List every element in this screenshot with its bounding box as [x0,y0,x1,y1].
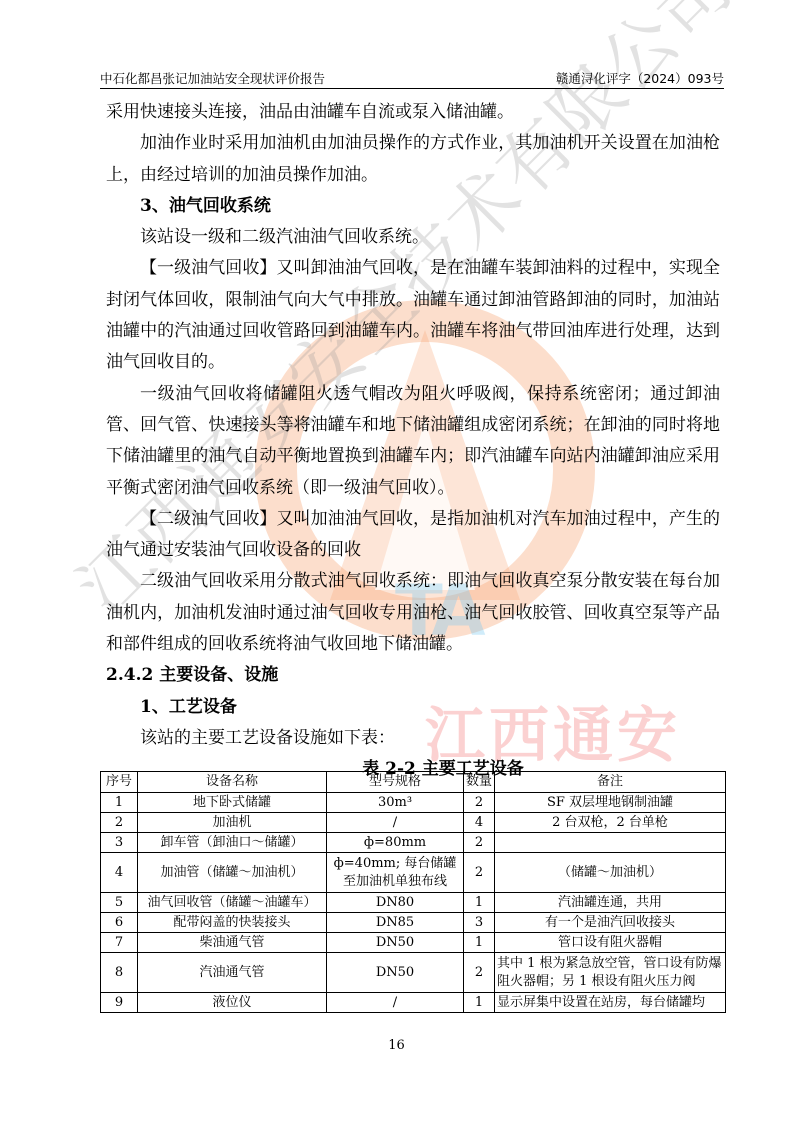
cell-no: 5 [101,893,138,913]
table-row: 3 卸车管（卸油口～储罐） ф=80mm 2 [101,833,726,853]
cell-name: 卸车管（卸油口～储罐） [138,833,327,853]
paragraph: 一级油气回收将储罐阻火透气帽改为阻火呼吸阀，保持系统密闭；通过卸油管、回气管、快… [106,379,720,504]
cell-qty: 2 [464,853,495,893]
cell-qty: 2 [464,953,495,993]
page-body: 采用快速接头连接，油品由油罐车自流或泵入储油罐。 加油作业时采用加油机由加油员操… [106,97,720,786]
page-header: 中石化都昌张记加油站安全现状评价报告 赣通浔化评字（2024）093号 [100,66,724,89]
cell-note: 其中 1 根为紧急放空管，管口设有防爆阻火器帽；另 1 根设有阻火压力阀 [495,953,726,993]
paragraph: 【二级油气回收】又叫加油油气回收，是指加油机对汽车加油过程中，产生的油气通过安装… [106,504,720,567]
cell-spec: DN80 [327,893,464,913]
column-header: 序号 [101,772,138,793]
paragraph: 【一级油气回收】又叫卸油油气回收，是在油罐车装卸油料的过程中，实现全封闭气体回收… [106,253,720,378]
cell-note: 管口设有阻火器帽 [495,933,726,953]
cell-qty: 4 [464,813,495,833]
cell-spec: 30m³ [327,793,464,813]
section-heading: 3、油气回收系统 [106,191,720,222]
table-row: 5 油气回收管（储罐～油罐车） DN80 1 汽油罐连通，共用 [101,893,726,913]
cell-qty: 1 [464,993,495,1013]
paragraph: 采用快速接头连接，油品由油罐车自流或泵入储油罐。 [106,97,720,128]
cell-qty: 2 [464,793,495,813]
cell-note [495,833,726,853]
cell-name: 液位仪 [138,993,327,1013]
cell-note: 显示屏集中设置在站房，每台储罐均 [495,993,726,1013]
cell-note: （储罐～加油机） [495,853,726,893]
column-header: 设备名称 [138,772,327,793]
column-header: 数量 [464,772,495,793]
cell-name: 柴油通气管 [138,933,327,953]
column-header: 型号规格 [327,772,464,793]
section-heading-2-4-2: 2.4.2 主要设备、设施 [106,660,720,691]
table-row: 8 汽油通气管 DN50 2 其中 1 根为紧急放空管，管口设有防爆阻火器帽；另… [101,953,726,993]
cell-qty: 1 [464,893,495,913]
paragraph: 加油作业时采用加油机由加油员操作的方式作业，其加油机开关设置在加油枪上，由经过培… [106,128,720,191]
paragraph: 该站的主要工艺设备设施如下表： [106,723,720,754]
cell-no: 8 [101,953,138,993]
equipment-table: 序号 设备名称 型号规格 数量 备注 1 地下卧式储罐 30m³ 2 SF 双层… [100,771,726,1013]
cell-no: 2 [101,813,138,833]
cell-note: 2 台双枪，2 台单枪 [495,813,726,833]
cell-no: 6 [101,913,138,933]
cell-spec: ф=80mm [327,833,464,853]
table-row: 9 液位仪 / 1 显示屏集中设置在站房，每台储罐均 [101,993,726,1013]
cell-qty: 1 [464,933,495,953]
cell-name: 加油管（储罐～加油机） [138,853,327,893]
table-row: 7 柴油通气管 DN50 1 管口设有阻火器帽 [101,933,726,953]
table-row: 4 加油管（储罐～加油机） ф=40mm; 每台储罐至加油机单独布线 2 （储罐… [101,853,726,893]
subsection-heading: 1、工艺设备 [106,692,720,723]
page-number: 16 [0,1038,793,1053]
cell-note: SF 双层埋地钢制油罐 [495,793,726,813]
table-row: 1 地下卧式储罐 30m³ 2 SF 双层埋地钢制油罐 [101,793,726,813]
cell-no: 7 [101,933,138,953]
cell-qty: 3 [464,913,495,933]
cell-no: 9 [101,993,138,1013]
table-header-row: 序号 设备名称 型号规格 数量 备注 [101,772,726,793]
table-row: 6 配带闷盖的快装接头 DN85 3 有一个是油汽回收接头 [101,913,726,933]
document-number: 赣通浔化评字（2024）093号 [556,69,724,87]
cell-name: 油气回收管（储罐～油罐车） [138,893,327,913]
cell-name: 汽油通气管 [138,953,327,993]
cell-name: 配带闷盖的快装接头 [138,913,327,933]
table-row: 2 加油机 / 4 2 台双枪，2 台单枪 [101,813,726,833]
report-title: 中石化都昌张记加油站安全现状评价报告 [100,69,325,87]
cell-spec: ф=40mm; 每台储罐至加油机单独布线 [327,853,464,893]
cell-name: 地下卧式储罐 [138,793,327,813]
cell-spec: DN50 [327,953,464,993]
paragraph: 二级油气回收采用分散式油气回收系统：即油气回收真空泵分散安装在每台加油机内，加油… [106,566,720,660]
paragraph: 该站设一级和二级汽油油气回收系统。 [106,222,720,253]
cell-no: 1 [101,793,138,813]
cell-qty: 2 [464,833,495,853]
cell-note: 汽油罐连通，共用 [495,893,726,913]
cell-spec: / [327,993,464,1013]
cell-no: 4 [101,853,138,893]
cell-spec: / [327,813,464,833]
cell-no: 3 [101,833,138,853]
cell-name: 加油机 [138,813,327,833]
cell-spec: DN50 [327,933,464,953]
cell-note: 有一个是油汽回收接头 [495,913,726,933]
column-header: 备注 [495,772,726,793]
cell-spec: DN85 [327,913,464,933]
